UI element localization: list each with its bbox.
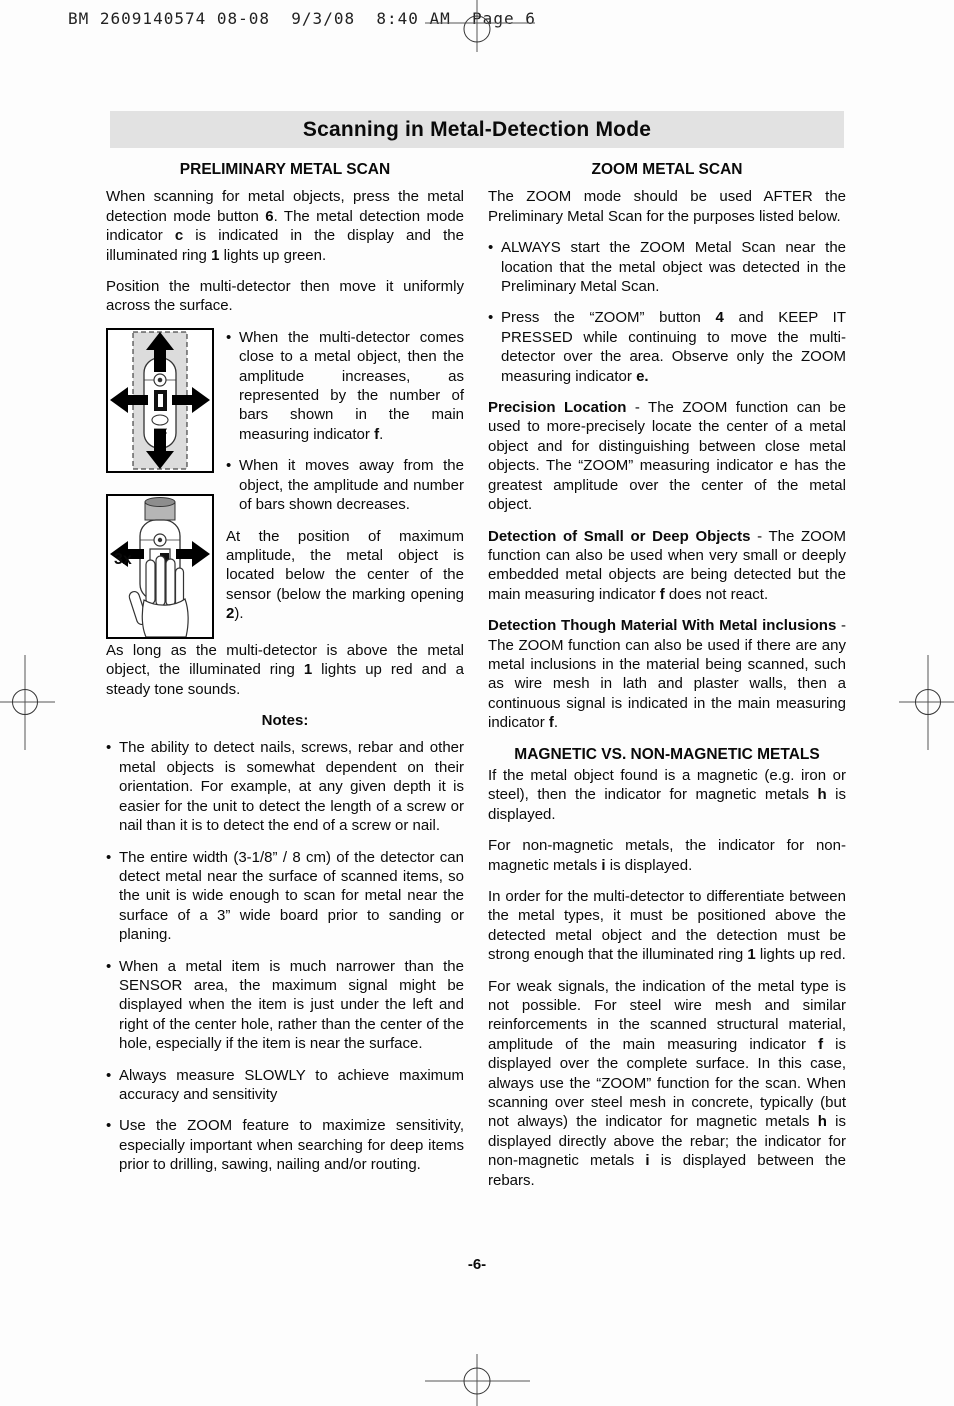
bullet-text: ALWAYS start the ZOOM Metal Scan near th…: [501, 238, 846, 296]
list-item: • Press the “ZOOM” button 4 and KEEP IT …: [488, 308, 846, 386]
registration-mark-icon: [425, 1354, 530, 1406]
bullet-text: The ability to detect nails, screws, reb…: [119, 738, 464, 835]
figure-detector-scan-directions: [106, 328, 214, 473]
paragraph: Precision Location - The ZOOM function c…: [488, 398, 846, 514]
figure-detector-zoom-hand: 3x: [106, 494, 214, 639]
heading-magnetic-vs-nonmagnetic: MAGNETIC VS. NON-MAGNETIC METALS: [488, 745, 846, 764]
list-item: • Always measure SLOWLY to achieve maxim…: [106, 1066, 464, 1105]
page-number: -6-: [0, 1256, 954, 1273]
figure-3x-label: 3x: [114, 552, 132, 568]
list-item: • The entire width (3-1/8” / 8 cm) of th…: [106, 848, 464, 945]
bullet-icon: •: [488, 238, 501, 296]
list-item: • When a metal item is much narrower tha…: [106, 957, 464, 1054]
heading-preliminary-metal-scan: PRELIMINARY METAL SCAN: [106, 160, 464, 179]
figure-side-text: • When the multi-detector comes close to…: [226, 328, 464, 639]
bullet-text: Always measure SLOWLY to achieve maximum…: [119, 1066, 464, 1105]
bullet-icon: •: [106, 1116, 119, 1174]
bullet-text: When a metal item is much narrower than …: [119, 957, 464, 1054]
bullet-text: Use the ZOOM feature to maximize sensiti…: [119, 1116, 464, 1174]
list-item: • Use the ZOOM feature to maximize sensi…: [106, 1116, 464, 1174]
paragraph: As long as the multi-detector is above t…: [106, 641, 464, 699]
page-title: Scanning in Metal-Detection Mode: [110, 111, 844, 148]
registration-mark-icon: [0, 655, 55, 750]
paragraph: Detection Though Material With Metal inc…: [488, 616, 846, 732]
section-title-bar: Scanning in Metal-Detection Mode: [110, 111, 844, 148]
bullet-icon: •: [106, 1066, 119, 1105]
heading-notes: Notes:: [106, 711, 464, 730]
bullet-text: When it moves away from the object, the …: [239, 456, 464, 514]
heading-zoom-metal-scan: ZOOM METAL SCAN: [488, 160, 846, 179]
bullet-text: When the multi-detector comes close to a…: [239, 328, 464, 444]
paragraph: The ZOOM mode should be used AFTER the P…: [488, 187, 846, 226]
detector-scan-illustration-icon: [108, 330, 212, 471]
bullet-text: Press the “ZOOM” button 4 and KEEP IT PR…: [501, 308, 846, 386]
registration-mark-icon: [425, 0, 535, 52]
figure-text-row: 3x • When the multi-detector comes close…: [106, 328, 464, 639]
content-columns: PRELIMINARY METAL SCAN When scanning for…: [106, 160, 846, 1202]
list-item: • The ability to detect nails, screws, r…: [106, 738, 464, 835]
paragraph: For weak signals, the indication of the …: [488, 977, 846, 1190]
left-column: PRELIMINARY METAL SCAN When scanning for…: [106, 160, 464, 1202]
bullet-icon: •: [106, 957, 119, 1054]
paragraph: When scanning for metal objects, press t…: [106, 187, 464, 265]
list-item: • ALWAYS start the ZOOM Metal Scan near …: [488, 238, 846, 296]
right-column: ZOOM METAL SCAN The ZOOM mode should be …: [488, 160, 846, 1202]
list-item: • When the multi-detector comes close to…: [226, 328, 464, 444]
paragraph: If the metal object found is a magnetic …: [488, 766, 846, 824]
figure-stack: 3x: [106, 328, 216, 639]
bullet-icon: •: [226, 328, 239, 444]
paragraph: At the position of maximum amplitude, th…: [226, 527, 464, 624]
bullet-icon: •: [488, 308, 501, 386]
bullet-icon: •: [226, 456, 239, 514]
paragraph: Position the multi-detector then move it…: [106, 277, 464, 316]
paragraph: In order for the multi-detector to diffe…: [488, 887, 846, 965]
registration-mark-icon: [899, 655, 954, 750]
bullet-icon: •: [106, 848, 119, 945]
list-item: • When it moves away from the object, th…: [226, 456, 464, 514]
bullet-icon: •: [106, 738, 119, 835]
paragraph: Detection of Small or Deep Objects - The…: [488, 527, 846, 605]
bullet-text: The entire width (3-1/8” / 8 cm) of the …: [119, 848, 464, 945]
paragraph: For non-magnetic metals, the indicator f…: [488, 836, 846, 875]
